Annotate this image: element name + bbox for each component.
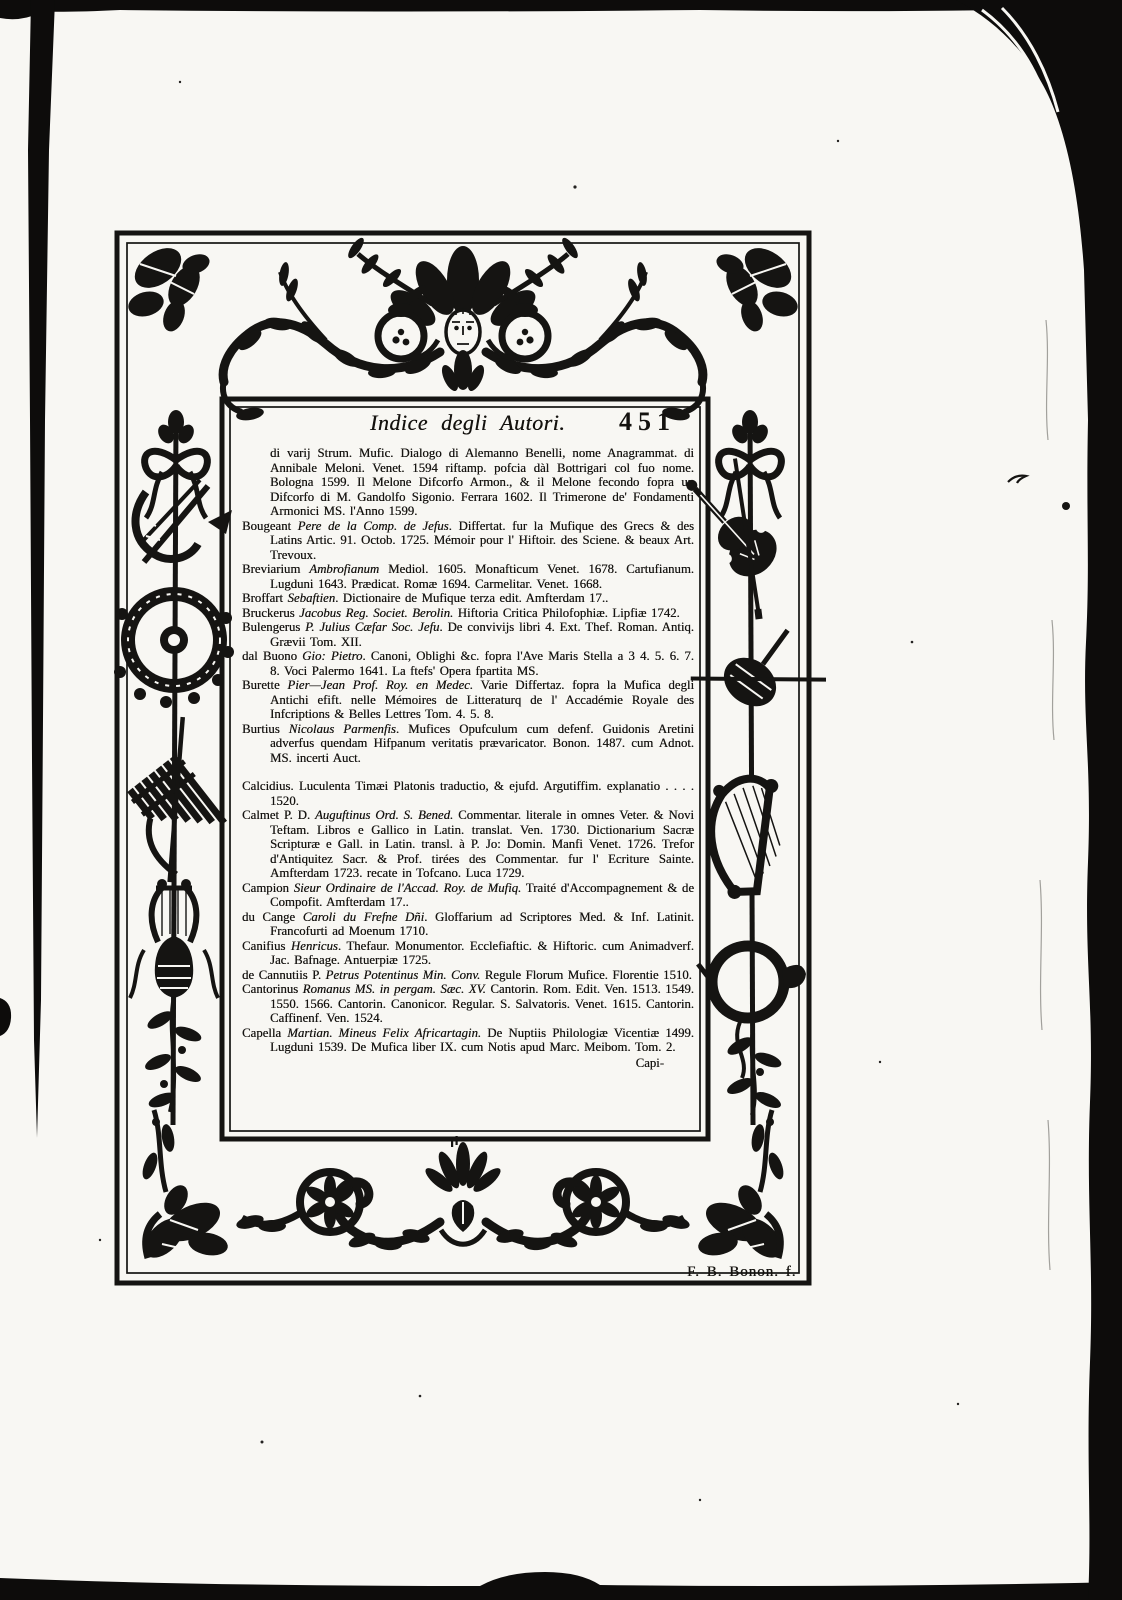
- entry-text-segment: Henricus: [291, 939, 338, 953]
- entry-text-segment: Burtius: [242, 722, 289, 736]
- index-entry: Breviarium Ambrofianum Mediol. 1605. Mon…: [242, 562, 694, 591]
- viol-icon: [691, 601, 826, 744]
- entry-text-segment: Caroli du Frefne Dñi: [303, 910, 424, 924]
- index-entry: Capella Martian. Mineus Felix Africartag…: [242, 1026, 694, 1055]
- index-entry: Calmet P. D. Auguftinus Ord. S. Bened. C…: [242, 808, 694, 881]
- entry-text-segment: de Cannutiis P.: [242, 968, 326, 982]
- scan-bottom-edge: [0, 1572, 1122, 1600]
- index-entry: Bruckerus Jacobus Reg. Societ. Berolin. …: [242, 606, 694, 621]
- engraver-signature: F. B. Bonon. f.: [687, 1264, 796, 1281]
- entry-text-segment: P. Julius Cæfar Soc. Jefu: [305, 620, 439, 634]
- entry-text-segment: di varij Strum. Mufic. Dialogo di Aleman…: [270, 446, 694, 518]
- index-text-block: Indice degli Autori. 451 di varij Strum.…: [222, 399, 708, 1139]
- index-entry: Calcidius. Luculenta Timæi Platonis trad…: [242, 779, 694, 808]
- index-entry: Bougeant Pere de la Comp. de Jefus. Diff…: [242, 519, 694, 563]
- entry-text-segment: Calcidius. Luculenta Timæi Platonis trad…: [242, 779, 694, 808]
- leaf-vine-icon: [143, 1002, 203, 1112]
- entry-text-segment: Gio: Pietro: [302, 649, 362, 663]
- index-entry: de Cannutiis P. Petrus Potentinus Min. C…: [242, 968, 694, 983]
- index-entry: Canifius Henricus. Thefaur. Monumentor. …: [242, 939, 694, 968]
- index-entry: Bulengerus P. Julius Cæfar Soc. Jefu. De…: [242, 620, 694, 649]
- entry-text-segment: Sebaftien: [287, 591, 335, 605]
- entry-text-segment: dal Buono: [242, 649, 302, 663]
- margin-pen-mark: [1008, 476, 1026, 483]
- entry-text-segment: Campion: [242, 881, 294, 895]
- entry-text-segment: Jacobus Reg. Societ. Berolin.: [299, 606, 453, 620]
- entry-text-segment: Auguftinus Ord. S. Bened.: [315, 808, 453, 822]
- entry-text-segment: Pere de la Comp. de Jefus: [298, 519, 449, 533]
- index-entry: Cantorinus Romanus MS. in pergam. Sæc. X…: [242, 982, 694, 1026]
- entry-text-segment: Ambrofianum: [309, 562, 379, 576]
- entry-text-segment: Petrus Potentinus Min. Conv.: [326, 968, 481, 982]
- entry-text-segment: Breviarium: [242, 562, 309, 576]
- index-entry: di varij Strum. Mufic. Dialogo di Aleman…: [242, 446, 694, 519]
- entry-text-segment: Bulengerus: [242, 620, 305, 634]
- page-title: Indice degli Autori.: [370, 410, 565, 436]
- entry-text-segment: Burette: [242, 678, 287, 692]
- entry-text-segment: Canifius: [242, 939, 291, 953]
- entry-text-segment: Romanus MS. in pergam. Sæc. XV.: [303, 982, 486, 996]
- entry-text-segment: . Dictionaire de Mufique terza edit. Amf…: [335, 591, 608, 605]
- entry-text-segment: du Cange: [242, 910, 303, 924]
- index-entry: Campion Sieur Ordinaire de l'Accad. Roy.…: [242, 881, 694, 910]
- index-entry: dal Buono Gio: Pietro. Canoni, Oblighi &…: [242, 649, 694, 678]
- entry-text-segment: Cantorinus: [242, 982, 303, 996]
- author-index-entries: di varij Strum. Mufic. Dialogo di Aleman…: [242, 446, 694, 1070]
- crossed-horns-icon: [136, 480, 232, 562]
- entry-text-segment: Pier—Jean Prof. Roy. en Medec.: [287, 678, 473, 692]
- scan-top-edge: [0, 0, 1122, 12]
- index-entry: du Cange Caroli du Frefne Dñi. Gloffariu…: [242, 910, 694, 939]
- top-ornament: [126, 236, 801, 423]
- entry-text-segment: Sieur Ordinaire de l'Accad. Roy. de Mufi…: [294, 881, 522, 895]
- catchword: Capi-: [242, 1056, 664, 1071]
- entry-text-segment: Martian. Mineus Felix Africartagin.: [287, 1026, 481, 1040]
- scan-right-edge: [956, 0, 1122, 1600]
- harp-icon: [700, 773, 799, 902]
- index-entry: Broffart Sebaftien. Dictionaire de Mufiq…: [242, 591, 694, 606]
- page-number: 451: [619, 407, 676, 437]
- entry-text-segment: Hiftoria Critica Philofophiæ. Lipfiæ 174…: [453, 606, 680, 620]
- rosette-icon: [300, 1172, 360, 1232]
- index-entry: Burtius Nicolaus Parmenfis. Mufices Opuf…: [242, 722, 694, 766]
- entry-text-segment: Nicolaus Parmenfis: [289, 722, 396, 736]
- entry-text-segment: Capella: [242, 1026, 287, 1040]
- entry-text-segment: Bruckerus: [242, 606, 299, 620]
- entry-text-segment: Bougeant: [242, 519, 298, 533]
- index-entry: Burette Pier—Jean Prof. Roy. en Medec. V…: [242, 678, 694, 722]
- entry-text-segment: Regule Florum Mufice. Florentie 1510.: [480, 968, 692, 982]
- scanned-book-page: { "page": { "header": { "title": "Indice…: [0, 0, 1122, 1600]
- entry-text-segment: Broffart: [242, 591, 287, 605]
- entry-text-segment: Calmet P. D.: [242, 808, 315, 822]
- scan-gutter-shadow: [28, 0, 55, 1138]
